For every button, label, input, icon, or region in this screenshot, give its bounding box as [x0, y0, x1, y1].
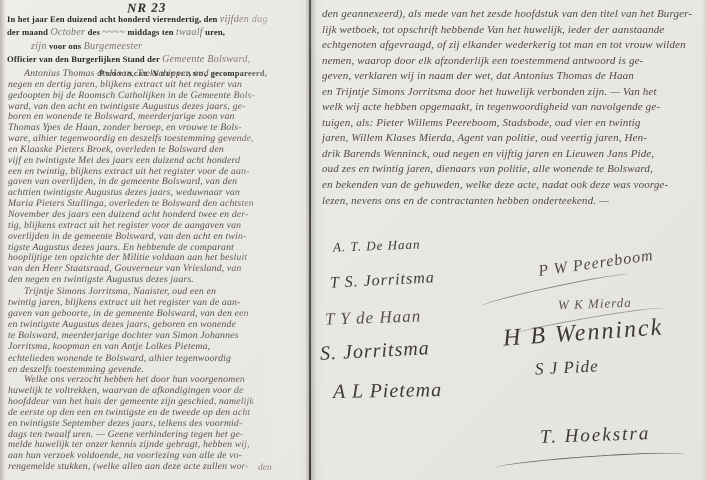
paragraph-groom: Antonius Thomas de Haan, Trekschipper, o… [8, 69, 305, 286]
text-line: hooplijtige ten opzichte der Militie vol… [8, 253, 305, 264]
text-line: geven, verklaren wij in naam der wet, da… [322, 69, 700, 85]
text-line: twintig jaren, blijkens extract uit het … [8, 297, 305, 308]
printed-text: des [88, 27, 100, 37]
signature-mother-bride: A L Pietema [333, 379, 443, 404]
form-line-3: zijn voor ons Burgemeester [7, 40, 303, 53]
paragraph-marriage-request: Welke ons verzocht hebben het door hun v… [8, 375, 305, 473]
scan-left-edge [0, 0, 6, 480]
text-line: ware, alhier tegenwoordig en deszelfs to… [8, 134, 305, 145]
text-line: den negen en twintigste Augustus dezes j… [8, 275, 305, 286]
signature-bride: T S. Jorritsma [330, 269, 436, 292]
text-line: een en twintig, blijkens extract uit het… [8, 167, 305, 178]
signature-witness-peereboom: P W Peereboom [537, 247, 654, 281]
text-line: Trijntje Simons Jorritsma, Naaister, oud… [8, 286, 305, 297]
printed-text: In het jaar Een duizend acht honderd vie… [7, 14, 217, 24]
signature-witness-wenninck: H B Wenninck [502, 314, 664, 352]
text-line: echtelieden wonende te Bolsward, alhier … [8, 353, 305, 364]
text-line: en twintigste Augustus dezes jaars, gebo… [8, 319, 305, 330]
text-line: aan hun verzoek voldoende, na voorlezing… [8, 451, 305, 462]
form-line-1: In het jaar Een duizend acht honderd vie… [7, 13, 303, 26]
text-line: tigste Augustus dezes jaars. En hebbende… [8, 243, 305, 254]
text-line: tig, blijkens extract uit het register v… [8, 221, 305, 232]
text-line: overlijden in de gemeente Bolsward, van … [8, 232, 305, 243]
text-line: Welke ons verzocht hebben het door hun v… [8, 375, 305, 386]
printed-text: voor ons [49, 41, 81, 51]
text-line: dags ten twaalf uren. — Geene verhinderi… [8, 430, 305, 441]
text-line: echtgenoten afgevraagd, of zij elkander … [322, 38, 700, 54]
text-line: gedoopten bij de Roomsch Catholijken in … [8, 91, 305, 102]
text-line: tuigen, als: Pieter Willems Peereboom, S… [322, 116, 700, 132]
text-line: en bekenden van de gehuwden, welke deze … [322, 178, 700, 194]
printed-text: uren, [205, 27, 225, 37]
handwritten-fill-daypart: ~~~~ [102, 27, 125, 38]
signature-groom: A. T. De Haan [333, 236, 421, 255]
handwritten-fill-municipality: Gemeente Bolsward, [162, 54, 250, 65]
signature-flourish [495, 449, 685, 473]
signature-father-groom: T Y de Haan [325, 306, 422, 329]
text-line: de eerste op den een en twintigste en de… [8, 408, 305, 419]
text-line: jaren, Willem Klases Mierda, Agent van p… [322, 131, 700, 147]
form-line-2: der maand October des ~~~~ middags ten t… [7, 26, 303, 39]
paragraph-closing: den geannexeerd), als mede van het zesde… [322, 7, 700, 209]
text-line: melde huwelijk ter onzer kennis zijnde g… [8, 440, 305, 451]
text-line: vijf en twintigste Mei des jaars een dui… [8, 156, 305, 167]
text-line: negen en dertig jaren, blijkens extract … [8, 80, 305, 91]
text-line: oud zes en twintig jaren, dienaars van p… [322, 162, 700, 178]
text-line: en twintigste September dezes jaars, tel… [8, 419, 305, 430]
printed-text: middags ten [127, 27, 173, 37]
catchword: den [258, 463, 272, 473]
text-line: lijk wetboek, tot opschrift hebbende Van… [322, 23, 700, 39]
handwritten-fill-day: vijfden dag [220, 14, 268, 25]
text-line: en Trijntje Simons Jorritsma door het hu… [322, 85, 700, 101]
text-line: Antonius Thomas de Haan, Trekschipper, o… [8, 69, 305, 80]
handwritten-fill-officer: Burgemeester [84, 41, 143, 52]
text-line: achttien twintigste Augustus dezes jaars… [8, 188, 305, 199]
handwritten-fill-hour: twaalf [176, 27, 203, 38]
printed-text: Officier van den Burgerlijken Stand der [7, 54, 160, 64]
text-line: hoofddeur van het huis der gemeente zijn… [8, 397, 305, 408]
form-line-4: Officier van den Burgerlijken Stand der … [7, 53, 303, 66]
paragraph-bride: Trijntje Simons Jorritsma, Naaister, oud… [8, 286, 305, 375]
signature-father-bride: S. Jorritsma [319, 337, 430, 366]
text-line: November des jaars een duizend acht hond… [8, 210, 305, 221]
text-line: Maria Pieters Stallinga, overleden te Bo… [8, 199, 305, 210]
text-line: te Bolsward, meerderjarige dochter van S… [8, 330, 305, 341]
text-line: den geannexeerd), als mede van het zesde… [322, 7, 700, 23]
scanned-document-background: NR 23 In het jaar Een duizend acht honde… [0, 0, 707, 480]
text-line: gaven van geboorte, in de gemeente Bolsw… [8, 308, 305, 319]
handwritten-fill-month: October [50, 27, 85, 38]
text-line: van den Heer Staatsraad, Gouverneur van … [8, 264, 305, 275]
text-line: drik Barends Wenninck, oud negen en vijf… [322, 147, 700, 163]
text-line: ward, van den acht en twintigste Augustu… [8, 102, 305, 113]
scan-right-edge [702, 0, 707, 480]
text-line: huwelijk te voltrekken, waarvan de afkon… [8, 386, 305, 397]
text-line: gaven van overlijden, in de gemeente Bol… [8, 177, 305, 188]
text-line: nemen, waarop door elk afzonderlijk een … [322, 54, 700, 70]
text-line: Thomas Ypes de Haan, zonder beroep, en v… [8, 123, 305, 134]
text-line: lezen, nevens ons en de contractanten he… [322, 194, 700, 210]
text-line: boren en wonende te Bolsward, meerderjar… [8, 112, 305, 123]
signature-officer-hoekstra: T. Hoekstra [540, 423, 651, 449]
text-line: Jorritsma, koopman en van Antje Lolkes P… [8, 341, 305, 352]
printed-text: der maand [7, 27, 48, 37]
page-fold-line [309, 0, 311, 480]
handwritten-fill: zijn [31, 41, 47, 52]
signature-witness-mierda: W K Mierda [558, 295, 632, 314]
text-line: en deszelfs toestemming gevende. [8, 364, 305, 375]
signature-witness-pide: S J Pide [535, 356, 600, 379]
text-line: welk wij acte hebben opgemaakt, in tegen… [322, 100, 700, 116]
text-line: en Klaaske Pieters Broek, overleden te B… [8, 145, 305, 156]
